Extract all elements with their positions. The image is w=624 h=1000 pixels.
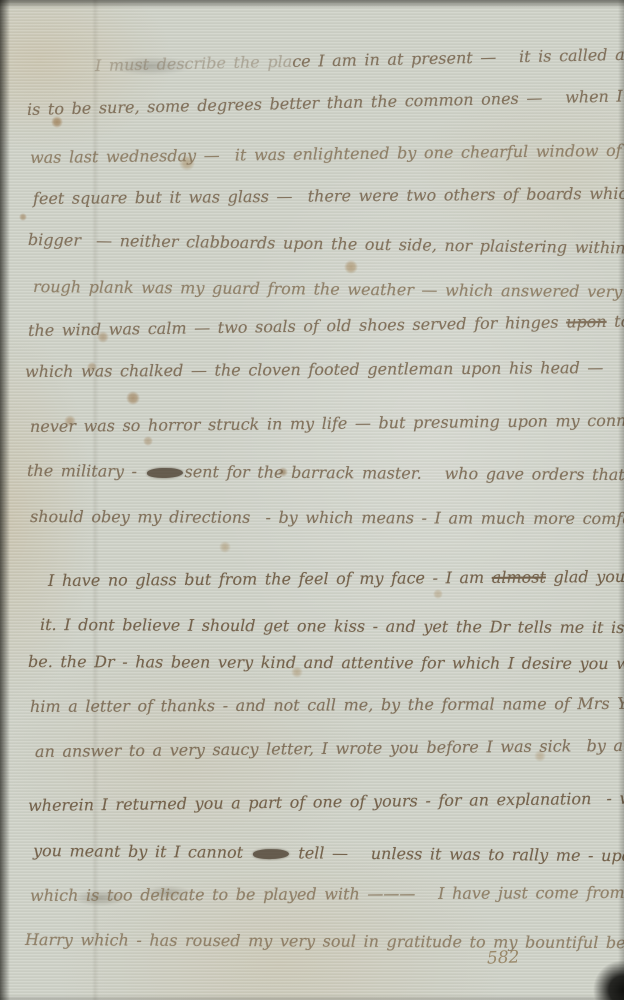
letter-line: him a letter of thanks - and not call me… xyxy=(30,693,624,716)
letter-line-text: glad you do not see xyxy=(546,566,624,586)
letter-line-text: I must describe the pla xyxy=(95,52,293,75)
letter-line: I have no glass but from the feel of my … xyxy=(48,566,624,590)
letter-line-text: it. I dont believe I should get one kiss… xyxy=(40,615,624,638)
letter-line: never was so horror struck in my life — … xyxy=(30,410,624,436)
letter-line: I must describe the place I am in at pre… xyxy=(95,41,624,75)
letter-line: which is too delicate to be played with … xyxy=(30,882,624,905)
letter-line-text: I have no glass but from the feel of my … xyxy=(48,568,492,590)
letter-line-text: feet square but it was glass — there wer… xyxy=(33,183,624,208)
letter-line-text: to the door, on xyxy=(606,310,624,331)
letter-line: which was chalked — the cloven footed ge… xyxy=(25,357,624,381)
letter-line-text: which was chalked — the cloven footed ge… xyxy=(25,357,624,381)
letter-line-text: sent for the barrack master. who gave or… xyxy=(184,462,624,485)
letter-line: Harry which - has roused my very soul in… xyxy=(25,930,624,953)
letter-line-text: rough plank was my guard from the weathe… xyxy=(33,277,624,302)
letter-line-text: tell — unless it was to rally me - upon … xyxy=(291,843,624,866)
letter-line: the wind was calm — two soals of old sho… xyxy=(28,310,624,340)
handwritten-letter-page: I must describe the place I am in at pre… xyxy=(0,0,624,1000)
letter-line: wherein I returned you a part of one of … xyxy=(28,788,624,815)
page-number: 582 xyxy=(487,947,520,968)
letter-line-text: ce I am in at present — it is called an … xyxy=(292,41,624,71)
letter-line-text: bigger — neither clabboards upon the out… xyxy=(28,230,624,259)
struck-word: almost xyxy=(492,568,546,587)
letter-line: be. the Dr - has been very kind and atte… xyxy=(28,652,624,673)
letter-line: should obey my directions - by which mea… xyxy=(30,507,624,528)
letter-line: the military - sent for the barrack mast… xyxy=(27,461,624,485)
letter-line-text: the military - xyxy=(27,461,145,481)
struck-word: upon xyxy=(566,312,607,332)
letter-line: was last wednesday — it was enlightened … xyxy=(30,140,624,167)
letter-line: bigger — neither clabboards upon the out… xyxy=(28,230,624,259)
ink-blot xyxy=(253,848,289,859)
letter-line-text: should obey my directions - by which mea… xyxy=(30,507,624,528)
ink-blot xyxy=(146,467,182,478)
letter-line-text: wherein I returned you a part of one of … xyxy=(28,788,624,815)
letter-line-text: Harry which - has roused my very soul in… xyxy=(25,930,624,953)
letter-line-text: you meant by it I cannot xyxy=(33,841,251,862)
letter-line-text: was last wednesday — it was enlightened … xyxy=(30,140,624,167)
letter-line: an answer to a very saucy letter, I wrot… xyxy=(35,735,624,761)
letter-line-text: an answer to a very saucy letter, I wrot… xyxy=(35,735,624,761)
letter-line-text: be. the Dr - has been very kind and atte… xyxy=(28,652,624,673)
letter-line-text: is to be sure, some degrees better than … xyxy=(27,83,624,119)
letter-line: it. I dont believe I should get one kiss… xyxy=(40,615,624,638)
letter-line-text: him a letter of thanks - and not call me… xyxy=(30,693,624,716)
letter-line: you meant by it I cannot tell — unless i… xyxy=(33,841,624,866)
letter-line: rough plank was my guard from the weathe… xyxy=(33,277,624,302)
letter-line-text: never was so horror struck in my life — … xyxy=(30,410,624,436)
letter-line-text: which is too delicate to be played with … xyxy=(30,882,624,905)
letter-line-text: the wind was calm — two soals of old sho… xyxy=(28,313,566,340)
letter-line: feet square but it was glass — there wer… xyxy=(33,183,624,208)
letter-line: is to be sure, some degrees better than … xyxy=(27,83,624,119)
